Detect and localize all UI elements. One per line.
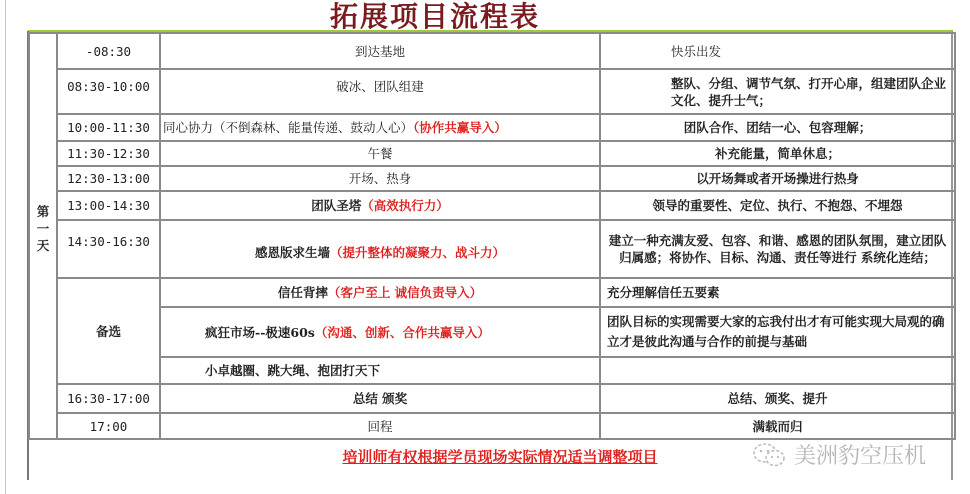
purpose-cell	[600, 357, 955, 384]
table-row: 08:30-10:00 破冰、团队组建 整队、分组、调节气氛、打开心扉，组建团队…	[29, 69, 955, 114]
purpose-cell: 以开场舞或者开场操进行热身	[600, 166, 955, 191]
activity-note: （协作共赢导入）	[413, 120, 507, 135]
table-row: 10:00-11:30 同心协力（不倒森林、能量传递、鼓动人心）（协作共赢导入）…	[29, 114, 955, 141]
table-row: 16:30-17:00 总结 颁奖 总结、颁奖、提升	[29, 384, 955, 413]
table-row: 12:30-13:00 开场、热身 以开场舞或者开场操进行热身	[29, 166, 955, 191]
activity-cell: 到达基地	[160, 33, 600, 69]
time-cell: 11:30-12:30	[57, 141, 160, 166]
footer-note-text: 培训师有权根据学员现场实际情况适当调整项目	[342, 448, 657, 466]
activity-cell: 疯狂市场--极速60s（沟通、创新、合作共赢导入）	[160, 307, 600, 357]
activity-text: 信任背摔	[278, 285, 328, 300]
page-title-text: 拓展项目流程表	[330, 0, 540, 33]
watermark: 美洲豹空压机	[752, 439, 926, 470]
activity-cell: 回程	[160, 413, 600, 439]
wechat-icon	[752, 442, 786, 468]
activity-note: （高效执行力）	[361, 198, 449, 213]
schedule-table: 第一天 -08:30 到达基地 快乐出发 08:30-10:00 破冰、团队组建…	[28, 32, 956, 440]
page-title: 拓展项目流程表	[0, 0, 970, 34]
activity-cell: 总结 颁奖	[160, 384, 600, 413]
time-cell: 13:00-14:30	[57, 191, 160, 220]
day-label: 第一天	[36, 203, 50, 254]
activity-note: （沟通、创新、合作共赢导入）	[315, 325, 490, 340]
purpose-cell: 整队、分组、调节气氛、打开心扉，组建团队企业文化、提升士气；	[600, 69, 955, 114]
activity-text: 团队圣塔	[311, 198, 361, 213]
activity-note: （客户至上 诚信负责导入）	[328, 285, 482, 300]
time-cell: 08:30-10:00	[57, 69, 160, 114]
time-cell: 14:30-16:30	[57, 220, 160, 278]
time-cell: -08:30	[57, 33, 160, 69]
purpose-cell: 建立一种充满友爱、包容、和谐、感恩的团队氛围，建立团队归属感；将协作、目标、沟通…	[600, 220, 955, 278]
time-cell: 12:30-13:00	[57, 166, 160, 191]
table-row: 17:00 回程 满载而归	[29, 413, 955, 439]
activity-text: 同心协力（不倒森林、能量传递、鼓动人心）	[163, 120, 413, 135]
activity-cell: 小卓越圈、跳大绳、抱团打天下	[160, 357, 600, 384]
table-row: 11:30-12:30 午餐 补充能量，简单休息；	[29, 141, 955, 166]
activity-cell: 团队圣塔（高效执行力）	[160, 191, 600, 220]
activity-text: 疯狂市场--极速60s	[205, 325, 315, 340]
table-row: 小卓越圈、跳大绳、抱团打天下	[29, 357, 955, 384]
purpose-cell: 总结、颁奖、提升	[600, 384, 955, 413]
table-row: 13:00-14:30 团队圣塔（高效执行力） 领导的重要性、定位、执行、不抱怨…	[29, 191, 955, 220]
activity-cell: 午餐	[160, 141, 600, 166]
purpose-cell: 充分理解信任五要素	[600, 278, 955, 307]
table-row: 14:30-16:30 感恩版求生墙（提升整体的凝聚力、战斗力） 建立一种充满友…	[29, 220, 955, 278]
table-row: 疯狂市场--极速60s（沟通、创新、合作共赢导入） 团队目标的实现需要大家的忘我…	[29, 307, 955, 357]
purpose-cell: 补充能量，简单休息；	[600, 141, 955, 166]
time-cell: 10:00-11:30	[57, 114, 160, 141]
optional-label-cell: 备选	[57, 278, 160, 384]
purpose-cell: 满载而归	[600, 413, 955, 439]
activity-cell: 同心协力（不倒森林、能量传递、鼓动人心）（协作共赢导入）	[160, 114, 600, 141]
time-cell: 16:30-17:00	[57, 384, 160, 413]
purpose-cell: 团队合作、团结一心、包容理解；	[600, 114, 955, 141]
purpose-cell: 领导的重要性、定位、执行、不抱怨、不埋怨	[600, 191, 955, 220]
table-row: 第一天 -08:30 到达基地 快乐出发	[29, 33, 955, 69]
purpose-cell: 团队目标的实现需要大家的忘我付出才有可能实现大局观的确立才是彼此沟通与合作的前提…	[600, 307, 955, 357]
watermark-text: 美洲豹空压机	[794, 439, 926, 470]
page-edge-rule	[5, 0, 6, 494]
time-cell: 17:00	[57, 413, 160, 439]
activity-note: （提升整体的凝聚力、战斗力）	[330, 245, 505, 260]
purpose-cell: 快乐出发	[600, 33, 955, 69]
activity-cell: 破冰、团队组建	[160, 69, 600, 114]
activity-cell: 信任背摔（客户至上 诚信负责导入）	[160, 278, 600, 307]
activity-text: 感恩版求生墙	[255, 245, 330, 260]
day-label-cell: 第一天	[29, 33, 57, 439]
activity-cell: 感恩版求生墙（提升整体的凝聚力、战斗力）	[160, 220, 600, 278]
activity-cell: 开场、热身	[160, 166, 600, 191]
table-row: 备选 信任背摔（客户至上 诚信负责导入） 充分理解信任五要素	[29, 278, 955, 307]
